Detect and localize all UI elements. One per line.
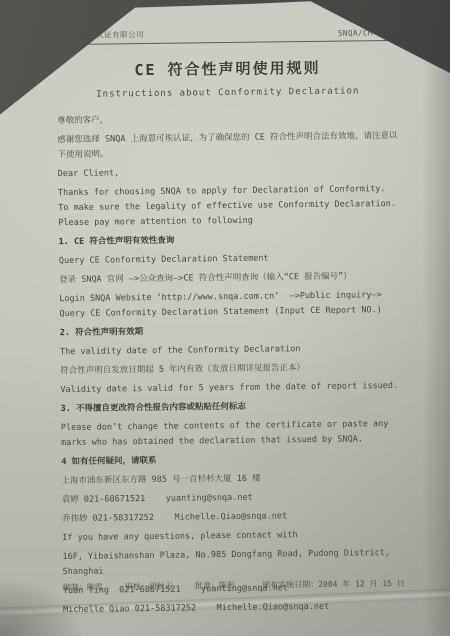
section-2-line: Validity date is valid for 5 years from … (60, 379, 402, 398)
paper: 上海恩可埃认证有限公司 SNQA/CM-6401 CE 符合性声明使用规则 In… (0, 0, 450, 636)
section-1-line: Query CE Conformity Declaration Statemen… (59, 250, 401, 269)
contact-qiao-en: Michelle Qiao 021-58317252 Michelle.Qiao… (63, 599, 405, 618)
section-2-line: 符合性声明自发放日期起 5 年内有效（发放日期详见报告正本） (60, 360, 402, 379)
photo-background: 上海恩可埃认证有限公司 SNQA/CM-6401 CE 符合性声明使用规则 In… (0, 0, 450, 636)
document-title: CE 符合性声明使用规则 (56, 56, 398, 81)
contact-qiao-zh: 乔伟妙 021-58317252 Michelle.Qiao@snqa.net (62, 508, 404, 527)
footer-prepared: 编制：陈雪 (63, 582, 103, 593)
paper-edge-shadow (422, 60, 450, 636)
footer-reviewed: 审核：胡秋玉 (125, 581, 173, 593)
company-name: 上海恩可埃认证有限公司 (56, 29, 144, 41)
contact-address-zh: 上海市浦东新区东方路 985 号一百杉杉大厦 16 楼 (61, 470, 403, 489)
section-2-line: The validity date of the Conformity Decl… (60, 341, 402, 360)
section-1-line: Login SNQA Website ‘http://www.snqa.com.… (59, 288, 401, 322)
section-1-line: 登录 SNQA 官网 —>公众查询—>CE 符合性声明查询（输入“CE 报告编号… (59, 269, 401, 288)
section-1-heading: 1. CE 符合性声明有效性查询 (59, 231, 401, 250)
document-header: 上海恩可埃认证有限公司 SNQA/CM-6401 (56, 26, 398, 45)
intro-zh: 感谢您选择 SNQA 上海恩可埃认证，为了确保您的 CE 符合性声明合法有效地，… (57, 129, 399, 163)
document-subtitle: Instructions about Conformity Declaratio… (57, 86, 399, 100)
document-content: 上海恩可埃认证有限公司 SNQA/CM-6401 CE 符合性声明使用规则 In… (56, 26, 405, 636)
footer-date: 颁布实施日期：2004 年 12 月 15 日 (262, 578, 405, 591)
section-3-heading: 3. 不得擅自更改符合性报告内容或粘贴任何标志 (61, 398, 403, 417)
salutation-en: Dear Client, (58, 163, 400, 182)
footer-approved: 批准：陈彤 (195, 580, 235, 591)
contact-address-en: 16F, Yibaishanshan Plaza, No.985 Dongfan… (62, 546, 404, 580)
section-4-heading: 4 如有任何疑问，请联系 (61, 451, 403, 470)
section-3-line: Please don’t change the contents of the … (61, 417, 403, 451)
intro-en: Thanks for choosing SNQA to apply for De… (58, 182, 401, 231)
section-2-heading: 2. 符合性声明有效期 (60, 322, 402, 341)
contact-yuanting-zh: 袁婷 021-68671521 yuanting@snqa.net (62, 489, 404, 508)
salutation-zh: 尊敬的客户， (57, 110, 399, 129)
document-code: SNQA/CM-6401 (338, 28, 398, 38)
contact-intro-en: If you have any questions, please contac… (62, 527, 404, 546)
